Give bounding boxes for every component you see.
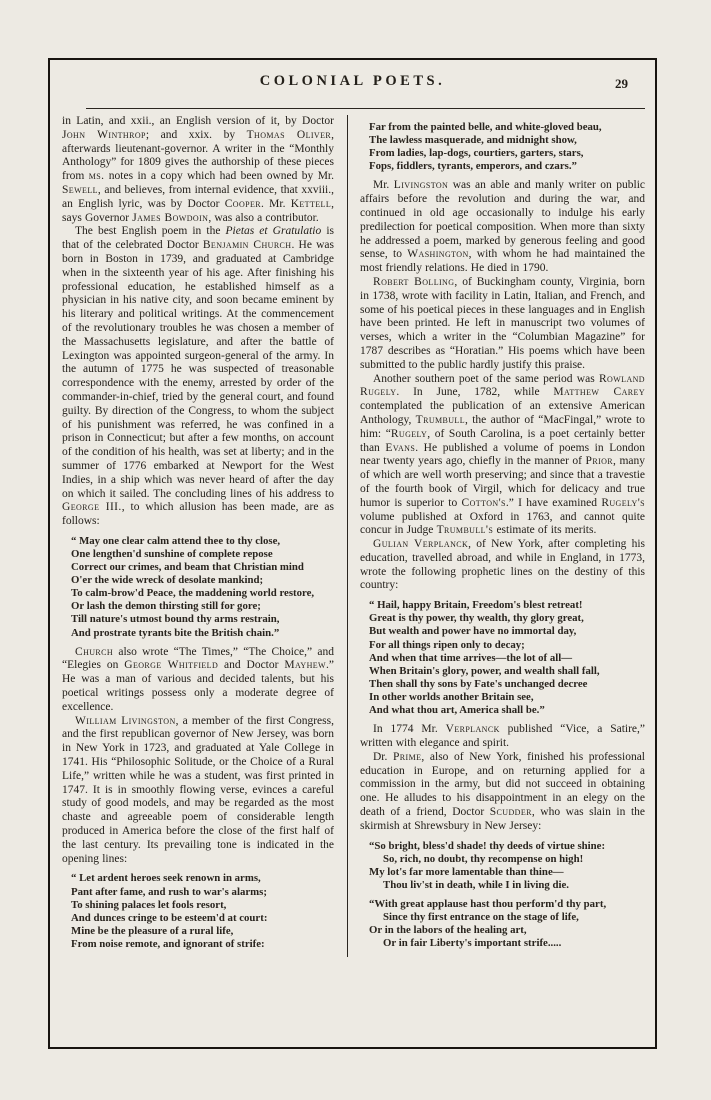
paragraph: Mr. Livingston was an able and manly wri… — [360, 179, 645, 276]
paragraph: In 1774 Mr. Verplanck published “Vice, a… — [360, 723, 645, 751]
verse-line: Thou liv'st in death, while I in living … — [369, 879, 645, 892]
verse-line: Or lash the demon thirsting still for go… — [71, 600, 334, 613]
verse-line: “So bright, bless'd shade! thy deeds of … — [369, 840, 645, 853]
text-columns: in Latin, and xxii., an English version … — [50, 109, 655, 957]
verse-line: O'er the wide wreck of desolate mankind; — [71, 574, 334, 587]
verse-line: To shining palaces let fools resort, — [71, 899, 334, 912]
small-caps-name: Scudder — [490, 806, 532, 818]
verse-block: “With great applause hast thou perform'd… — [369, 898, 645, 950]
text-run: notes in a copy which had been owned by … — [104, 170, 334, 182]
left-column: in Latin, and xxii., an English version … — [62, 115, 348, 957]
text-run: , of Buckingham county, Virginia, born i… — [360, 276, 645, 371]
text-run: . In June, 1782, while — [396, 386, 553, 398]
small-caps-name: Washington — [407, 248, 468, 260]
text-run: . Mr. — [261, 198, 291, 210]
small-caps-name: Church — [75, 646, 113, 658]
text-run: The best English poem in the — [75, 225, 226, 237]
verse-block: “ Hail, happy Britain, Freedom's blest r… — [369, 599, 645, 717]
text-run: Mr. — [373, 179, 394, 191]
verse-line: From noise remote, and ignorant of strif… — [71, 938, 334, 951]
verse-line: So, rich, no doubt, thy recompense on hi… — [369, 853, 645, 866]
small-caps-name: Thomas Oliver — [247, 129, 332, 141]
text-run: ; and xxix. by — [146, 129, 247, 141]
verse-line: Fops, fiddlers, tyrants, emperors, and c… — [369, 160, 645, 173]
italic-title: Pietas et Gratulatio — [226, 225, 322, 237]
small-caps-name: Trumbull — [416, 414, 465, 426]
small-caps-name: Gulian Verplanck — [373, 538, 468, 550]
small-caps-name: Verplanck — [446, 723, 500, 735]
verse-line: “ May one clear calm attend thee to thy … — [71, 535, 334, 548]
page-frame: COLONIAL POETS. 29 in Latin, and xxii., … — [48, 58, 657, 1049]
small-caps-name: Benjamin Church — [203, 239, 292, 251]
small-caps-name: Rugely — [391, 428, 427, 440]
verse-line: The lawless masquerade, and midnight sho… — [369, 134, 645, 147]
text-run: , was also a contributor. — [208, 212, 318, 224]
verse-line: And what thou art, America shall be.” — [369, 704, 645, 717]
small-caps-name: ms. — [89, 170, 105, 182]
small-caps-name: Matthew Carey — [553, 386, 645, 398]
paragraph: in Latin, and xxii., an English version … — [62, 115, 334, 225]
verse-line: “ Hail, happy Britain, Freedom's blest r… — [369, 599, 645, 612]
small-caps-name: Prime — [393, 751, 421, 763]
page-header: COLONIAL POETS. 29 — [50, 60, 655, 106]
small-caps-name: Mayhew — [284, 659, 326, 671]
verse-line: Then shall thy sons by Fate's unchanged … — [369, 678, 645, 691]
verse-block: “So bright, bless'd shade! thy deeds of … — [369, 840, 645, 892]
small-caps-name: Trumbull's — [437, 524, 494, 536]
small-caps-name: Evans — [385, 442, 415, 454]
paragraph: Gulian Verplanck, of New York, after com… — [360, 538, 645, 593]
verse-line: “With great applause hast thou perform'd… — [369, 898, 645, 911]
paragraph: Church also wrote “The Times,” “The Choi… — [62, 646, 334, 715]
page-number: 29 — [615, 76, 628, 92]
small-caps-name: James Bowdoin — [132, 212, 208, 224]
text-run: Dr. — [373, 751, 393, 763]
verse-line: My lot's far more lamentable than thine— — [369, 866, 645, 879]
verse-line: And prostrate tyrants bite the British c… — [71, 627, 334, 640]
text-run: , a member of the first Congress, and th… — [62, 715, 334, 865]
verse-line: And when that time arrives—the lot of al… — [369, 652, 645, 665]
verse-line: Till nature's utmost bound thy arms rest… — [71, 613, 334, 626]
text-run: .” I have examined — [506, 497, 601, 509]
text-run: in Latin, and xxii., an English version … — [62, 115, 334, 127]
small-caps-name: Kettell — [291, 198, 331, 210]
verse-line: But wealth and power have no immortal da… — [369, 625, 645, 638]
page-title: COLONIAL POETS. — [50, 73, 655, 90]
text-run: Another southern poet of the same period… — [373, 373, 599, 385]
verse-line: For all things ripen only to decay; — [369, 639, 645, 652]
small-caps-name: George III. — [62, 501, 122, 513]
small-caps-name: Cooper — [225, 198, 261, 210]
verse-line: One lengthen'd sunshine of complete repo… — [71, 548, 334, 561]
text-run: In 1774 Mr. — [373, 723, 446, 735]
verse-line: Far from the painted belle, and white-gl… — [369, 121, 645, 134]
verse-line: And dunces cringe to be esteem'd at cour… — [71, 912, 334, 925]
verse-line: Great is thy power, thy wealth, thy glor… — [369, 612, 645, 625]
verse-block: “ May one clear calm attend thee to thy … — [71, 535, 334, 640]
verse-line: Since thy first entrance on the stage of… — [369, 911, 645, 924]
verse-block: “ Let ardent heroes seek renown in arms,… — [71, 872, 334, 951]
verse-block: Far from the painted belle, and white-gl… — [369, 121, 645, 173]
paragraph: Dr. Prime, also of New York, finished hi… — [360, 751, 645, 834]
paragraph: The best English poem in the Pietas et G… — [62, 225, 334, 529]
text-run: estimate of its merits. — [493, 524, 596, 536]
small-caps-name: William Livingston — [75, 715, 176, 727]
verse-line: Pant after fame, and rush to war's alarm… — [71, 886, 334, 899]
verse-line: When Britain's glory, power, and wealth … — [369, 665, 645, 678]
small-caps-name: George Whitfield — [124, 659, 218, 671]
small-caps-name: Rugely's — [601, 497, 645, 509]
verse-line: From ladies, lap-dogs, courtiers, garter… — [369, 147, 645, 160]
verse-line: To calm-brow'd Peace, the maddening worl… — [71, 587, 334, 600]
text-run: . He was born in Boston in 1739, and gra… — [62, 239, 334, 499]
small-caps-name: Livingston — [394, 179, 448, 191]
paragraph: Robert Bolling, of Buckingham county, Vi… — [360, 276, 645, 373]
verse-line: In other worlds another Britain see, — [369, 691, 645, 704]
verse-line: Or in the labors of the healing art, — [369, 924, 645, 937]
right-column: Far from the painted belle, and white-gl… — [348, 115, 645, 956]
text-run: and Doctor — [218, 659, 284, 671]
paragraph: Another southern poet of the same period… — [360, 373, 645, 539]
small-caps-name: Sewell — [62, 184, 98, 196]
verse-line: “ Let ardent heroes seek renown in arms, — [71, 872, 334, 885]
paragraph: William Livingston, a member of the firs… — [62, 715, 334, 867]
small-caps-name: Prior — [586, 455, 614, 467]
small-caps-name: John Winthrop — [62, 129, 146, 141]
verse-line: Or in fair Liberty's important strife...… — [369, 937, 645, 950]
verse-line: Mine be the pleasure of a rural life, — [71, 925, 334, 938]
small-caps-name: Cotton's — [462, 497, 506, 509]
verse-line: Correct our crimes, and beam that Christ… — [71, 561, 334, 574]
small-caps-name: Robert Bolling — [373, 276, 454, 288]
